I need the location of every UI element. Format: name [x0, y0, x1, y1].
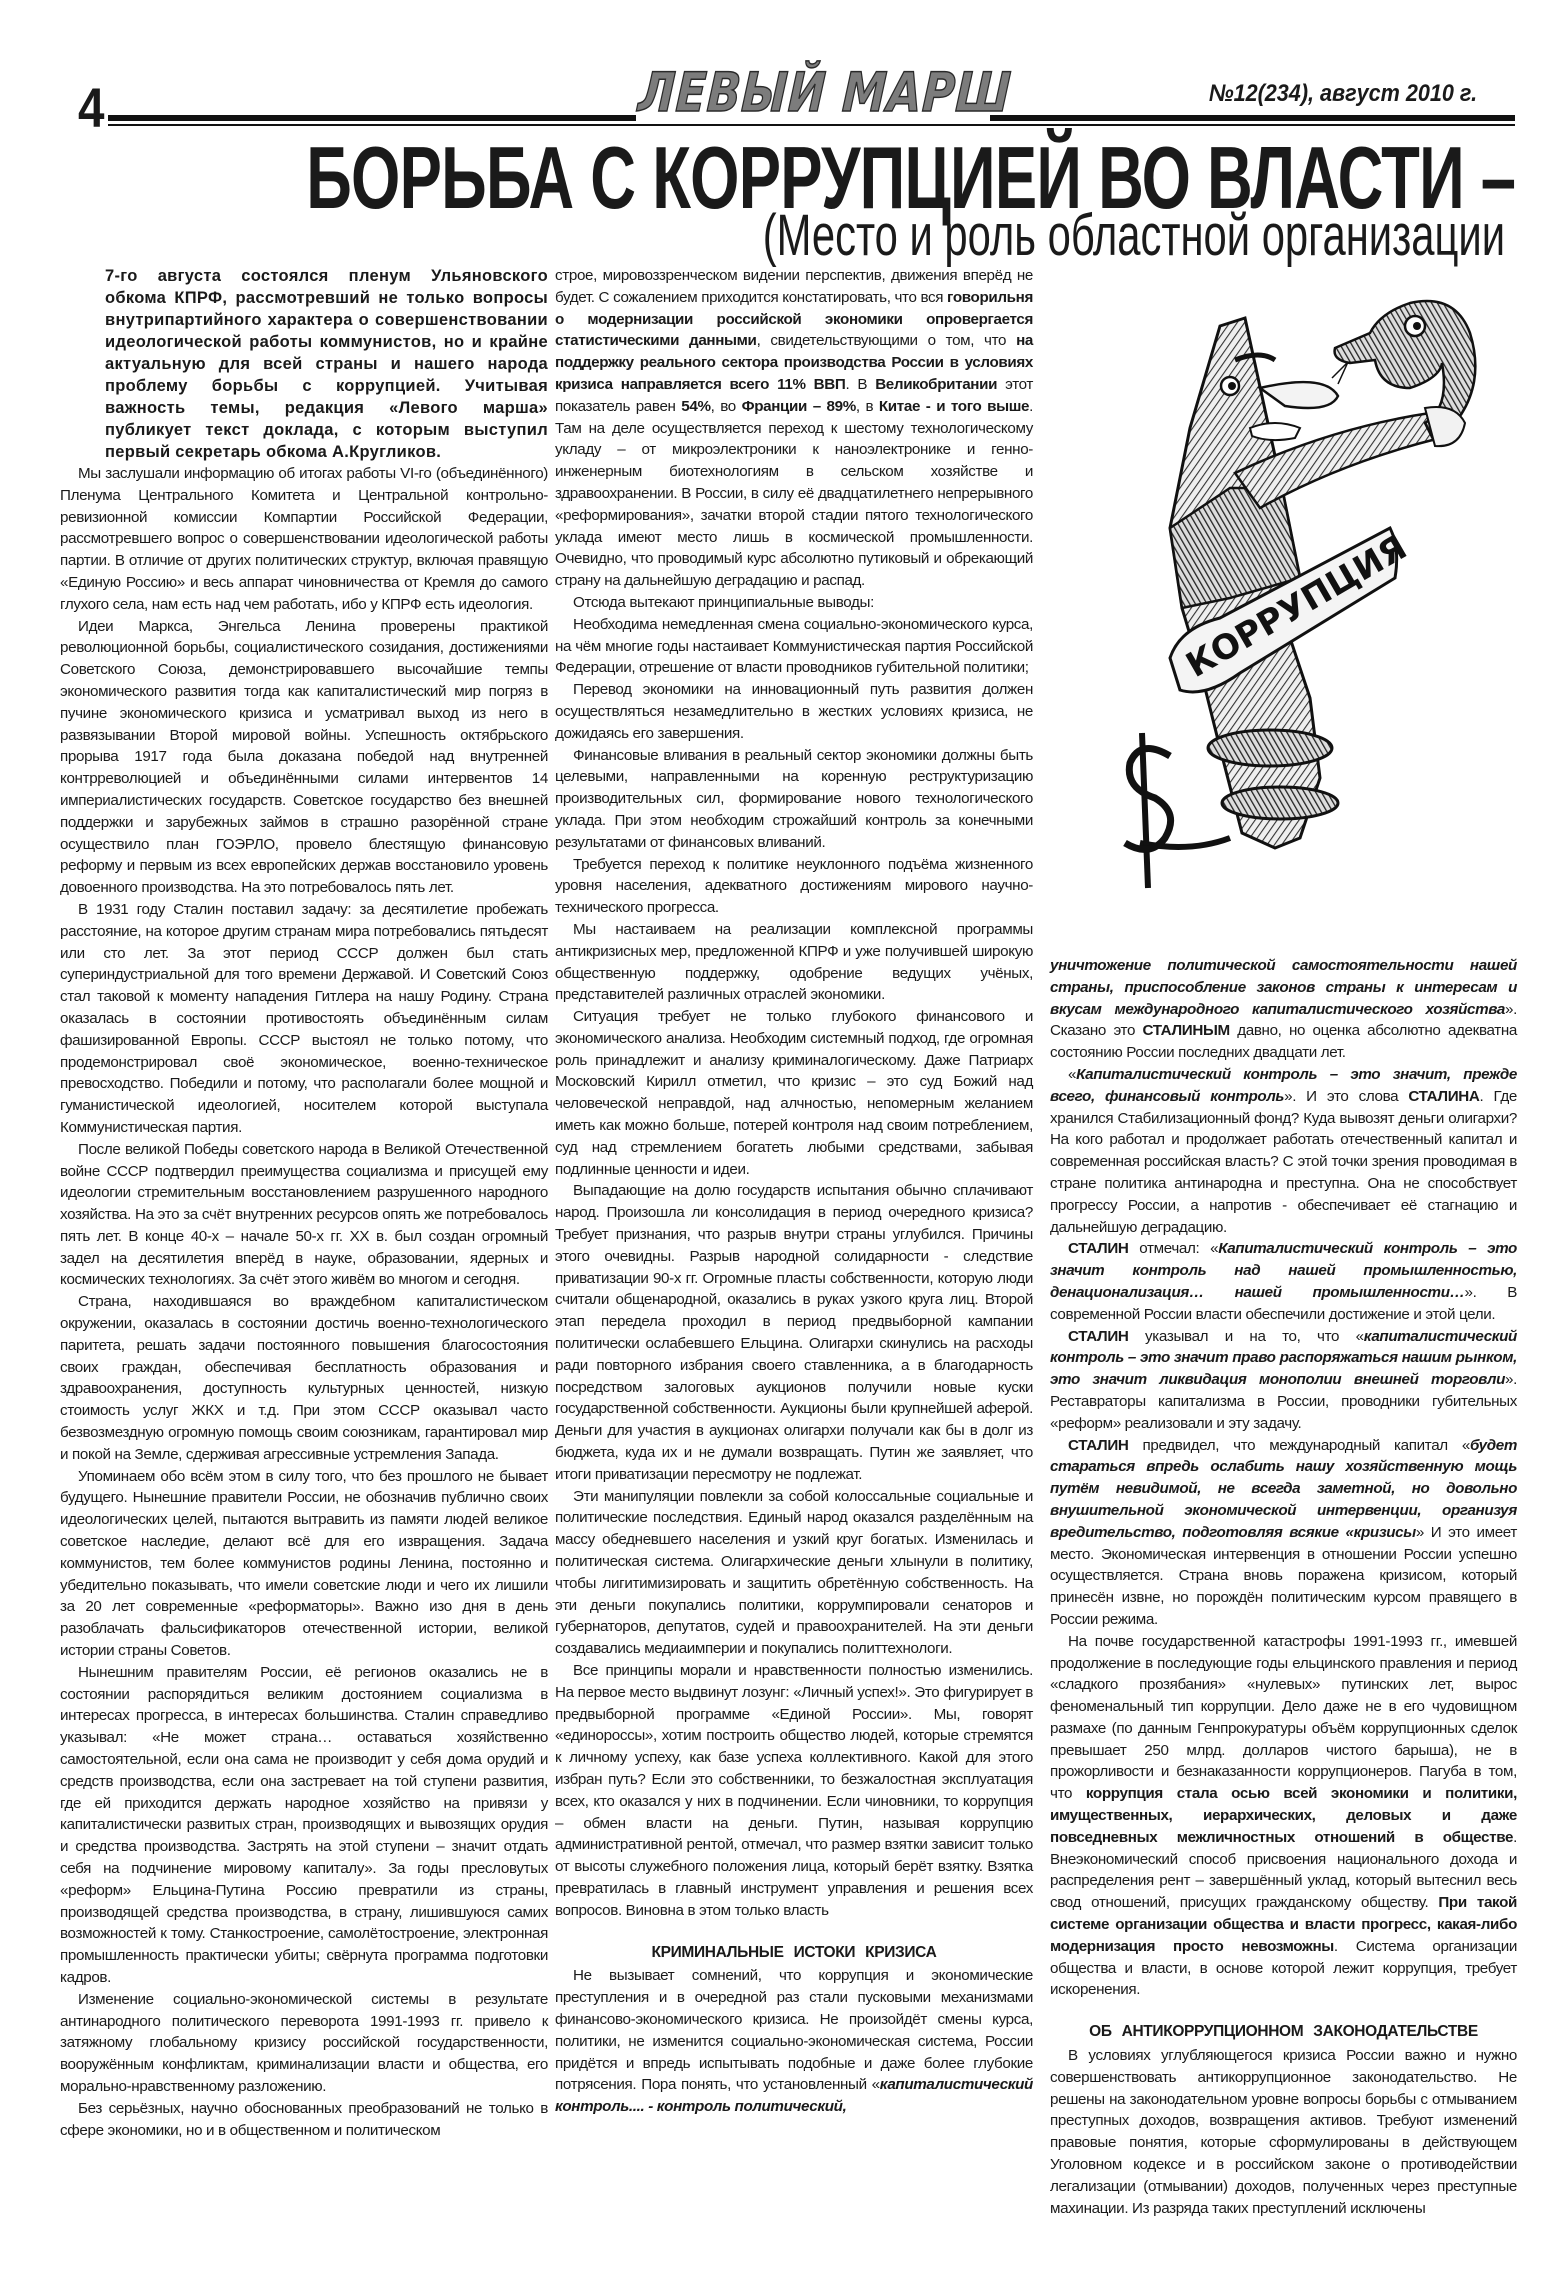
cartoon-illustration-icon: КОРРУПЦИЯ	[1070, 278, 1510, 918]
paragraph: Без серьёзных, научно обоснованных преоб…	[60, 2098, 548, 2142]
body-text: отмечал: «	[1129, 1240, 1219, 1257]
body-text: В условиях углубляющегося кризиса России…	[1050, 2047, 1517, 2217]
header-rule-left	[108, 115, 636, 121]
body-text: Упоминаем обо всём этом в силу того, что…	[60, 1468, 548, 1659]
paragraph: На почве государственной катастрофы 1991…	[1050, 1631, 1517, 2002]
paragraph: Нынешним правителям России, её регионов …	[60, 1662, 548, 1989]
paragraph: Не вызывает сомнений, что коррупция и эк…	[555, 1965, 1033, 2118]
column-1: 7-го августа состоялся пленум Ульяновско…	[60, 265, 548, 2141]
paragraph: СТАЛИН отмечал: «Капиталистический контр…	[1050, 1238, 1517, 1325]
paragraph: В 1931 году Сталин поставил задачу: за д…	[60, 899, 548, 1139]
emphasis-text: коррупция стала осью всей экономики и по…	[1050, 1785, 1517, 1846]
body-text: Отсюда вытекают принципиальные выводы:	[573, 594, 874, 611]
body-text: Мы настаиваем на реализации комплексной …	[555, 921, 1033, 1003]
body-text: Требуется переход к политике неуклонного…	[555, 856, 1033, 917]
paragraph: уничтожение политической самостоятельнос…	[1050, 955, 1517, 1064]
body-text: Мы заслушали информацию об итогах работы…	[60, 465, 548, 613]
body-text: ». И это слова	[1284, 1088, 1408, 1105]
paragraph: Идеи Маркса, Энгельса Ленина проверены п…	[60, 616, 548, 899]
body-text: , во	[711, 398, 742, 415]
emphasis-text: уничтожение политической самостоятельнос…	[1050, 957, 1517, 1018]
emphasis-text: СТАЛИН	[1068, 1328, 1129, 1345]
body-text: Страна, находившаяся во враждебном капит…	[60, 1293, 548, 1463]
header-rule-right	[990, 115, 1515, 121]
masthead-logo: ЛЕВЫЙ МАРШ	[637, 66, 1013, 120]
emphasis-text: Великобритании	[875, 376, 997, 393]
body-text: «	[1068, 1066, 1076, 1083]
body-text: Без серьёзных, научно обоснованных преоб…	[60, 2100, 548, 2139]
body-text: предвидел, что международный капитал «	[1129, 1437, 1470, 1454]
emphasis-text: СТАЛИНА	[1408, 1088, 1479, 1105]
paragraph: Перевод экономики на инновационный путь …	[555, 679, 1033, 744]
paragraph: Необходима немедленная смена социально-э…	[555, 614, 1033, 679]
body-text: Все принципы морали и нравственности пол…	[555, 1662, 1033, 1919]
body-text: На почве государственной катастрофы 1991…	[1050, 1633, 1517, 1803]
body-text: Ситуация требует не только глубокого фин…	[555, 1008, 1033, 1178]
paragraph: Все принципы морали и нравственности пол…	[555, 1660, 1033, 1922]
page-number: 4	[78, 80, 104, 136]
paragraph: Отсюда вытекают принципиальные выводы:	[555, 592, 1033, 614]
body-text: . В	[845, 376, 875, 393]
issue-info: №12(234), август 2010 г.	[1209, 80, 1477, 108]
newspaper-page: 4 ЛЕВЫЙ МАРШ №12(234), август 2010 г. БО…	[0, 0, 1567, 2280]
emphasis-text: СТАЛИН	[1068, 1437, 1129, 1454]
article-subheadline: (Место и роль областной организации	[763, 207, 1505, 265]
body-text: Финансовые вливания в реальный сектор эк…	[555, 747, 1033, 851]
paragraph: СТАЛИН указывал и на то, что «капиталист…	[1050, 1326, 1517, 1435]
body-text: . Там на деле осуществляется переход к ш…	[555, 398, 1033, 589]
paragraph: Финансовые вливания в реальный сектор эк…	[555, 745, 1033, 854]
paragraph: Эти манипуляции повлекли за собой колосс…	[555, 1486, 1033, 1660]
emphasis-text: Франции – 89%	[742, 398, 856, 415]
paragraph: Мы заслушали информацию об итогах работы…	[60, 463, 548, 616]
emphasis-text: СТАЛИН	[1068, 1240, 1129, 1257]
header-rule-thin	[108, 124, 1515, 126]
body-text: . Где хранился Стабилизационный фонд? Ку…	[1050, 1088, 1517, 1236]
body-text: , в	[856, 398, 879, 415]
emphasis-text: СТАЛИНЫМ	[1142, 1022, 1229, 1039]
emphasis-text: Китае - и того выше	[879, 398, 1029, 415]
paragraph: Изменение социально-экономической систем…	[60, 1989, 548, 2098]
paragraph: «Капиталистический контроль – это значит…	[1050, 1064, 1517, 1238]
paragraph: В условиях углубляющегося кризиса России…	[1050, 2045, 1517, 2219]
column-3: уничтожение политической самостоятельнос…	[1050, 955, 1517, 2219]
section-heading: ОБ АНТИКОРРУПЦИОННОМ ЗАКОНОДАТЕЛЬСТВЕ	[1050, 2021, 1517, 2043]
paragraph: Мы настаиваем на реализации комплексной …	[555, 919, 1033, 1006]
paragraph: СТАЛИН предвидел, что международный капи…	[1050, 1435, 1517, 1631]
paragraph: Страна, находившаяся во враждебном капит…	[60, 1291, 548, 1465]
corruption-cartoon: КОРРУПЦИЯ	[1070, 278, 1510, 918]
section-heading: КРИМИНАЛЬНЫЕ ИСТОКИ КРИЗИСА	[555, 1942, 1033, 1964]
body-text: Эти манипуляции повлекли за собой колосс…	[555, 1488, 1033, 1658]
paragraph: После великой Победы советского народа в…	[60, 1139, 548, 1292]
body-text: Необходима немедленная смена социально-э…	[555, 616, 1033, 677]
body-text: После великой Победы советского народа в…	[60, 1141, 548, 1289]
column-1-body: Мы заслушали информацию об итогах работы…	[60, 463, 548, 2141]
body-text: В 1931 году Сталин поставил задачу: за д…	[60, 901, 548, 1136]
emphasis-text: 54%	[681, 398, 710, 415]
paragraph: Упоминаем обо всём этом в силу того, что…	[60, 1466, 548, 1662]
body-text: Перевод экономики на инновационный путь …	[555, 681, 1033, 742]
body-text: Выпадающие на долю государств испытания …	[555, 1182, 1033, 1482]
paragraph: Выпадающие на долю государств испытания …	[555, 1180, 1033, 1485]
body-text: Изменение социально-экономической систем…	[60, 1991, 548, 2095]
body-text: Нынешним правителям России, её регионов …	[60, 1664, 548, 1986]
paragraph: Требуется переход к политике неуклонного…	[555, 854, 1033, 919]
article-lead: 7-го августа состоялся пленум Ульяновско…	[105, 265, 548, 463]
paragraph: строе, мировоззренческом видении перспек…	[555, 265, 1033, 592]
body-text: указывал и на то, что «	[1129, 1328, 1364, 1345]
body-text: Идеи Маркса, Энгельса Ленина проверены п…	[60, 618, 548, 897]
body-text: , свидетельствующими о том, что	[757, 332, 1017, 349]
paragraph: Ситуация требует не только глубокого фин…	[555, 1006, 1033, 1180]
body-text: Не вызывает сомнений, что коррупция и эк…	[555, 1967, 1033, 2093]
column-2: строе, мировоззренческом видении перспек…	[555, 265, 1033, 2118]
